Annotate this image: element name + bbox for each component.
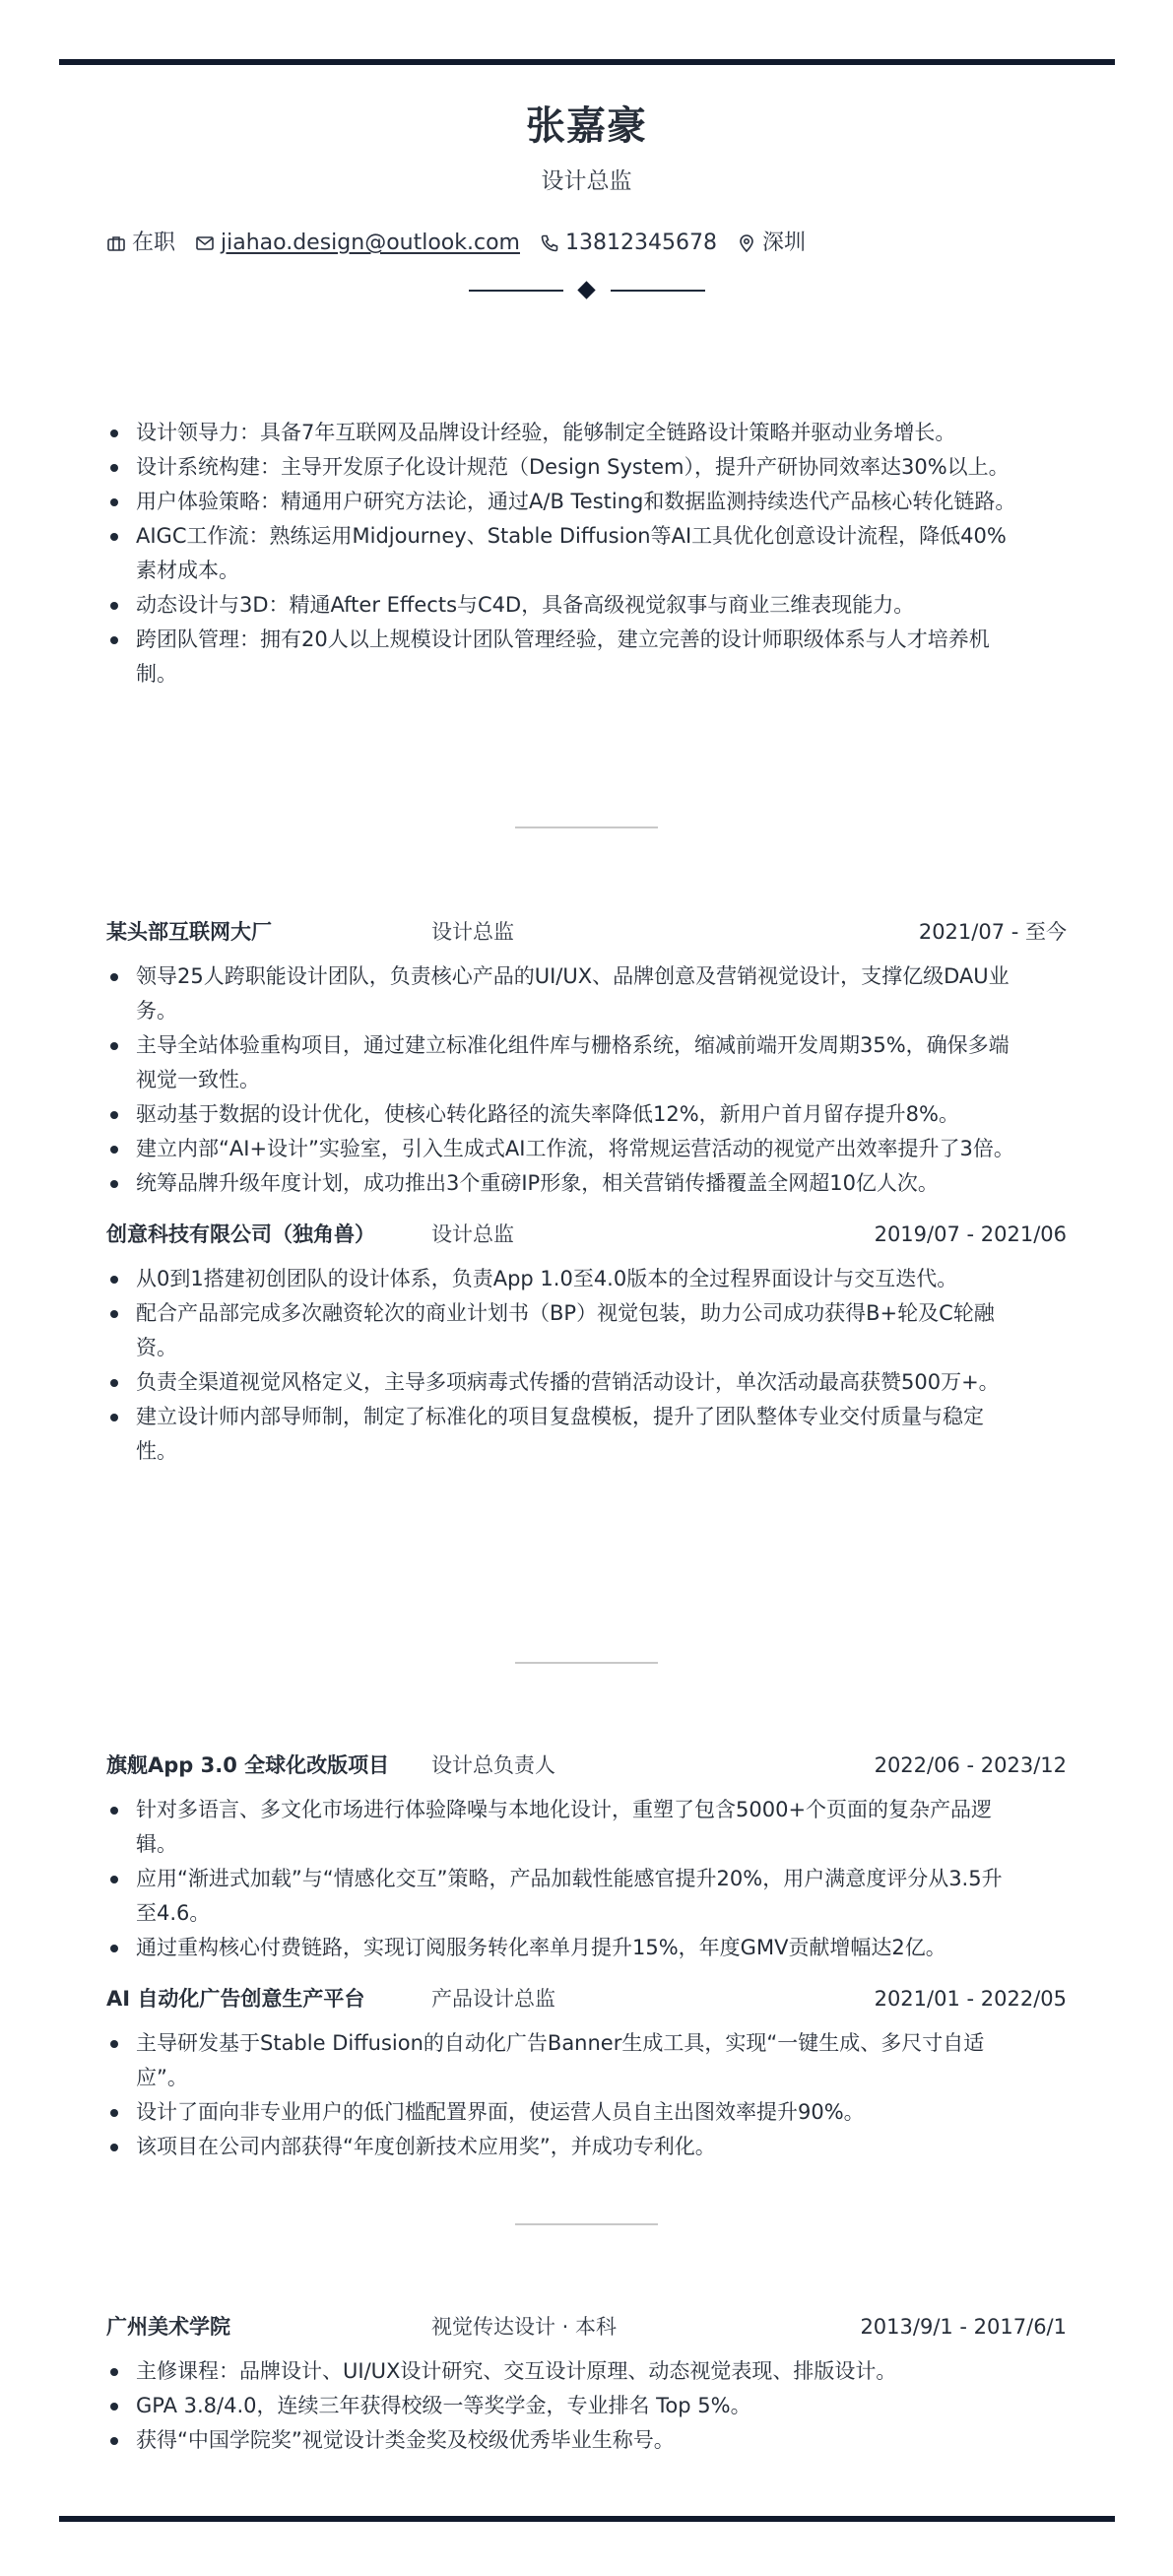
contact-status: 在职 [106,227,175,260]
briefcase-icon [106,233,126,253]
bottom-accent-bar [59,2516,1115,2522]
entry-header: AI 自动化广告创意生产平台 产品设计总监 2021/01 - 2022/05 [106,1981,1067,2016]
section-divider [515,2223,658,2225]
location-text: 深圳 [762,227,806,260]
summary-item: 用户体验策略：精通用户研究方法论，通过A/B Testing和数据监测持续迭代产… [106,485,1022,519]
phone-icon [540,233,559,253]
contact-location: 深圳 [737,227,806,260]
date-range: 2013/9/1 - 2017/6/1 [860,2309,1067,2345]
degree-major: 视觉传达设计 · 本科 [431,2309,617,2345]
experience-section: 某头部互联网大厂 设计总监 2021/07 - 至今 领导25人跨职能设计团队，… [106,914,1067,1469]
education-entry: 广州美术学院 视觉传达设计 · 本科 2013/9/1 - 2017/6/1 主… [106,2309,1067,2458]
job-role: 设计总监 [431,1217,514,1252]
project-role: 设计总负责人 [431,1748,555,1783]
company-name: 某头部互联网大厂 [106,914,272,950]
experience-item: 配合产品部完成多次融资轮次的商业计划书（BP）视觉包装，助力公司成功获得B+轮及… [106,1296,1022,1365]
education-item: 获得“中国学院奖”视觉设计类金奖及校级优秀毕业生称号。 [106,2423,1022,2458]
summary-item: 设计系统构建：主导开发原子化设计规范（Design System），提升产研协同… [106,450,1022,485]
experience-item: 负责全渠道视觉风格定义，主导多项病毒式传播的营销活动设计，单次活动最高获赞500… [106,1365,1022,1400]
summary-item: 跨团队管理：拥有20人以上规模设计团队管理经验，建立完善的设计师职级体系与人才培… [106,623,1022,692]
date-range: 2021/07 - 至今 [919,914,1067,950]
date-range: 2021/01 - 2022/05 [875,1981,1067,2016]
project-role: 产品设计总监 [431,1981,555,2016]
summary-item: AIGC工作流：熟练运用Midjourney、Stable Diffusion等… [106,519,1022,588]
education-section: 广州美术学院 视觉传达设计 · 本科 2013/9/1 - 2017/6/1 主… [106,2309,1067,2458]
job-role: 设计总监 [431,914,514,950]
top-accent-bar [59,59,1115,65]
section-divider [515,826,658,828]
date-range: 2019/07 - 2021/06 [875,1217,1067,1252]
experience-item: 驱动基于数据的设计优化，使核心转化路径的流失率降低12%，新用户首月留存提升8%… [106,1097,1022,1132]
section-divider [515,1662,658,1664]
experience-item: 建立设计师内部导师制，制定了标准化的项目复盘模板，提升了团队整体专业交付质量与稳… [106,1400,1022,1469]
project-entry: AI 自动化广告创意生产平台 产品设计总监 2021/01 - 2022/05 … [106,1981,1067,2164]
diamond-icon [577,281,595,298]
entry-header: 广州美术学院 视觉传达设计 · 本科 2013/9/1 - 2017/6/1 [106,2309,1067,2345]
experience-item: 领导25人跨职能设计团队，负责核心产品的UI/UX、品牌创意及营销视觉设计，支撑… [106,959,1022,1028]
project-item: 针对多语言、多文化市场进行体验降噪与本地化设计，重塑了包含5000+个页面的复杂… [106,1793,1022,1862]
project-item: 通过重构核心付费链路，实现订阅服务转化率单月提升15%，年度GMV贡献增幅达2亿… [106,1931,1022,1965]
entry-header: 某头部互联网大厂 设计总监 2021/07 - 至今 [106,914,1067,950]
candidate-name: 张嘉豪 [0,99,1173,154]
school-name: 广州美术学院 [106,2309,230,2345]
date-range: 2022/06 - 2023/12 [875,1748,1067,1783]
phone-number: 13812345678 [565,227,717,260]
experience-entry: 创意科技有限公司（独角兽） 设计总监 2019/07 - 2021/06 从0到… [106,1217,1067,1469]
company-name: 创意科技有限公司（独角兽） [106,1217,375,1252]
experience-item: 从0到1搭建初创团队的设计体系，负责App 1.0至4.0版本的全过程界面设计与… [106,1262,1022,1296]
project-item: 应用“渐进式加载”与“情感化交互”策略，产品加载性能感官提升20%，用户满意度评… [106,1862,1022,1931]
project-item: 设计了面向非专业用户的低门槛配置界面，使运营人员自主出图效率提升90%。 [106,2095,1022,2130]
employment-status: 在职 [132,227,175,260]
experience-item: 统筹品牌升级年度计划，成功推出3个重磅IP形象，相关营销传播覆盖全网超10亿人次… [106,1166,1022,1201]
projects-section: 旗舰App 3.0 全球化改版项目 设计总负责人 2022/06 - 2023/… [106,1748,1067,2164]
project-item: 主导研发基于Stable Diffusion的自动化广告Banner生成工具，实… [106,2026,1022,2095]
mail-icon [195,233,215,253]
location-icon [737,233,756,253]
summary-item: 设计领导力：具备7年互联网及品牌设计经验，能够制定全链路设计策略并驱动业务增长。 [106,416,1022,450]
contact-phone: 13812345678 [540,227,717,260]
project-name: AI 自动化广告创意生产平台 [106,1981,364,2016]
entry-header: 旗舰App 3.0 全球化改版项目 设计总负责人 2022/06 - 2023/… [106,1748,1067,1783]
header-ornament-divider [469,281,705,300]
education-item: GPA 3.8/4.0，连续三年获得校级一等奖学金，专业排名 Top 5%。 [106,2389,1022,2423]
experience-item: 建立内部“AI+设计”实验室，引入生成式AI工作流，将常规运营活动的视觉产出效率… [106,1132,1022,1166]
experience-entry: 某头部互联网大厂 设计总监 2021/07 - 至今 领导25人跨职能设计团队，… [106,914,1067,1201]
project-name: 旗舰App 3.0 全球化改版项目 [106,1748,389,1783]
summary-item: 动态设计与3D：精通After Effects与C4D，具备高级视觉叙事与商业三… [106,588,1022,623]
project-item: 该项目在公司内部获得“年度创新技术应用奖”，并成功专利化。 [106,2130,1022,2164]
experience-item: 主导全站体验重构项目，通过建立标准化组件库与栅格系统，缩减前端开发周期35%，确… [106,1028,1022,1097]
resume-header: 张嘉豪 设计总监 [0,99,1173,197]
candidate-title: 设计总监 [0,165,1173,197]
entry-header: 创意科技有限公司（独角兽） 设计总监 2019/07 - 2021/06 [106,1217,1067,1252]
summary-section: 设计领导力：具备7年互联网及品牌设计经验，能够制定全链路设计策略并驱动业务增长。… [106,416,1067,692]
education-item: 主修课程：品牌设计、UI/UX设计研究、交互设计原理、动态视觉表现、排版设计。 [106,2354,1022,2389]
contact-email[interactable]: jiahao.design@outlook.com [195,227,520,260]
project-entry: 旗舰App 3.0 全球化改版项目 设计总负责人 2022/06 - 2023/… [106,1748,1067,1965]
email-link[interactable]: jiahao.design@outlook.com [221,227,520,260]
summary-list: 设计领导力：具备7年互联网及品牌设计经验，能够制定全链路设计策略并驱动业务增长。… [106,416,1067,692]
contact-row: 在职 jiahao.design@outlook.com 13812345678… [106,227,825,260]
